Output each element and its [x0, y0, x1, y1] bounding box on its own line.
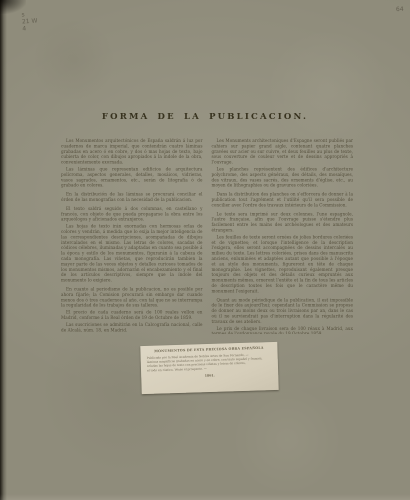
- paragraph-es: Las láminas que representan edificios de…: [61, 166, 203, 188]
- slip-date: 1861.: [147, 371, 272, 379]
- paragraph-es: Las hojas de texto irán exornadas con he…: [61, 224, 203, 283]
- scanned-document-page: s 21 W 4 64 FORMA DE LA PUBLICACION. Los…: [0, 0, 410, 500]
- paragraph-fr: Les planches représentent des édifices d…: [212, 166, 354, 188]
- paragraph-es: El precio de cada cuaderno será de 100 r…: [61, 310, 203, 321]
- paragraph-es: El texto saldrá seguido á dos columnas, …: [61, 206, 203, 222]
- pencil-shelfmark: s 21 W 4: [21, 11, 38, 33]
- paragraph-fr: Le texte sera imprimé sur deux colonnes,…: [212, 211, 354, 233]
- scan-bottom-edge-light: [0, 494, 410, 500]
- paragraph-fr: Le prix de chaque livraison sera de 100 …: [212, 326, 354, 334]
- paragraph-es: Los Monumentos arquitectónicos de España…: [61, 138, 203, 165]
- paragraph-es: En la distribución de las láminas se pro…: [61, 192, 203, 203]
- paragraph-fr: Dans la distribution des planches on s'e…: [212, 192, 354, 208]
- two-column-text-block: Los Monumentos arquitectónicos de España…: [61, 138, 353, 334]
- paragraph-es: En cuanto al periodismo de la publicacio…: [61, 286, 203, 308]
- scan-left-edge-shadow: [0, 0, 7, 500]
- paragraph-fr: Les feuilles de texte seront ornées de j…: [212, 234, 354, 293]
- pasted-bookseller-slip: MONUMENTOS DE ESTA PRECIOSA OBRA ESPAÑOL…: [140, 342, 278, 394]
- spanish-column: Los Monumentos arquitectónicos de España…: [61, 138, 203, 334]
- page-title: FORMA DE LA PUBLICACION.: [0, 112, 410, 122]
- paragraph-fr: Quant au mode périodique de la publicati…: [212, 297, 354, 324]
- pencil-page-number: 64: [396, 7, 404, 14]
- paragraph-fr: Les Monuments architectoniques d'Espagne…: [212, 138, 354, 165]
- paragraph-es: Las suscriciones se admitirán en la Calc…: [61, 322, 203, 333]
- french-column: Les Monuments architectoniques d'Espagne…: [212, 138, 354, 334]
